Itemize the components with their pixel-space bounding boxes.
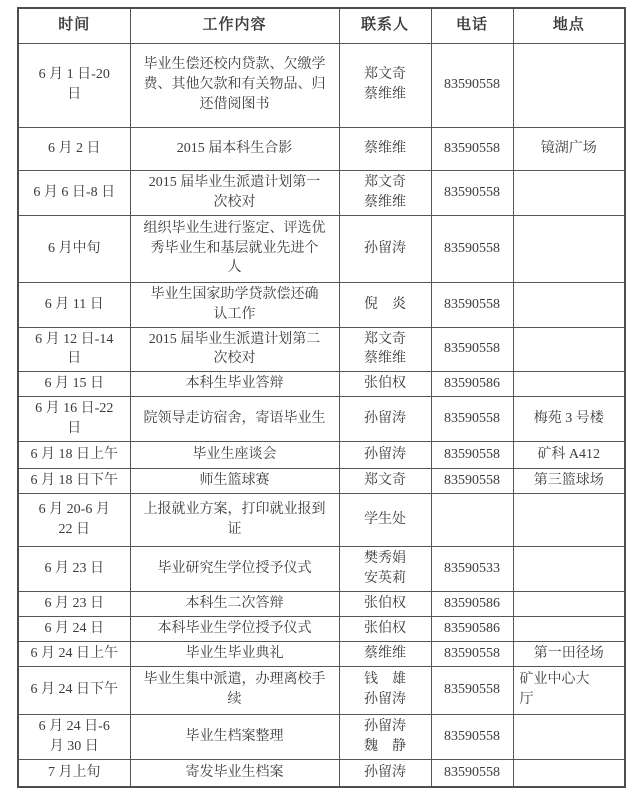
cell-phone: 83590558 [431,714,513,759]
cell-contact: 蔡维维 [339,641,431,666]
cell-location: 矿业中心大 厅 [513,666,625,714]
cell-content: 毕业生座谈会 [130,442,339,469]
cell-contact: 蔡维维 [339,127,431,170]
column-header-time: 时间 [18,8,130,43]
cell-phone: 83590558 [431,759,513,787]
cell-phone: 83590558 [431,43,513,127]
table-row: 6 月 12 日-14 日2015 届毕业生派遣计划第二 次校对郑文奇 蔡维维8… [18,327,625,372]
cell-contact: 倪 炎 [339,282,431,327]
cell-contact: 张伯权 [339,372,431,397]
cell-time: 6 月 24 日上午 [18,641,130,666]
table-row: 6 月 16 日-22 日院领导走访宿舍，寄语毕业生孙留涛83590558梅苑 … [18,397,625,442]
cell-time: 6 月 24 日 [18,616,130,641]
cell-location [513,43,625,127]
cell-contact: 学生处 [339,494,431,547]
cell-phone: 83590558 [431,327,513,372]
cell-phone: 83590558 [431,215,513,282]
table-row: 6 月 24 日上午毕业生毕业典礼蔡维维83590558第一田径场 [18,641,625,666]
cell-location [513,616,625,641]
cell-contact: 郑文奇 [339,469,431,494]
cell-contact: 孙留涛 魏 静 [339,714,431,759]
cell-content: 毕业生档案整理 [130,714,339,759]
cell-phone: 83590558 [431,127,513,170]
cell-time: 6 月 6 日-8 日 [18,170,130,215]
cell-location [513,592,625,617]
cell-phone: 83590586 [431,372,513,397]
table-row: 6 月 6 日-8 日2015 届毕业生派遣计划第一 次校对郑文奇 蔡维维835… [18,170,625,215]
cell-contact: 孙留涛 [339,759,431,787]
cell-time: 6 月 18 日上午 [18,442,130,469]
cell-contact: 孙留涛 [339,442,431,469]
cell-location: 第三篮球场 [513,469,625,494]
table-row: 6 月 24 日-6 月 30 日毕业生档案整理孙留涛 魏 静83590558 [18,714,625,759]
cell-location: 镜湖广场 [513,127,625,170]
cell-content: 毕业生偿还校内贷款、欠缴学 费、其他欠款和有关物品、归 还借阅图书 [130,43,339,127]
cell-time: 6 月 11 日 [18,282,130,327]
table-row: 6 月 18 日下午师生篮球赛郑文奇83590558第三篮球场 [18,469,625,494]
table-row: 6 月 24 日下午毕业生集中派遣，办理离校手 续钱 雄 孙留涛83590558… [18,666,625,714]
cell-contact: 钱 雄 孙留涛 [339,666,431,714]
cell-content: 上报就业方案，打印就业报到 证 [130,494,339,547]
document-page: 时间 工作内容 联系人 电话 地点 6 月 1 日-20 日毕业生偿还校内贷款、… [0,0,640,791]
cell-phone: 83590558 [431,666,513,714]
table-row: 6 月 23 日毕业研究生学位授予仪式樊秀娟 安英莉83590533 [18,547,625,592]
cell-time: 6 月 23 日 [18,547,130,592]
cell-content: 院领导走访宿舍，寄语毕业生 [130,397,339,442]
cell-phone: 83590586 [431,616,513,641]
cell-location [513,759,625,787]
cell-contact: 郑文奇 蔡维维 [339,170,431,215]
cell-content: 本科毕业生学位授予仪式 [130,616,339,641]
table-row: 6 月 18 日上午毕业生座谈会孙留涛83590558矿科 A412 [18,442,625,469]
cell-location [513,215,625,282]
cell-content: 组织毕业生进行鉴定、评选优 秀毕业生和基层就业先进个 人 [130,215,339,282]
cell-content: 寄发毕业生档案 [130,759,339,787]
cell-time: 6 月 15 日 [18,372,130,397]
cell-content: 毕业生毕业典礼 [130,641,339,666]
cell-content: 2015 届本科生合影 [130,127,339,170]
cell-contact: 孙留涛 [339,397,431,442]
cell-contact: 郑文奇 蔡维维 [339,327,431,372]
cell-phone: 83590558 [431,641,513,666]
cell-contact: 孙留涛 [339,215,431,282]
schedule-table: 时间 工作内容 联系人 电话 地点 6 月 1 日-20 日毕业生偿还校内贷款、… [17,7,626,788]
cell-time: 6 月 24 日-6 月 30 日 [18,714,130,759]
cell-location: 矿科 A412 [513,442,625,469]
cell-location [513,494,625,547]
cell-content: 师生篮球赛 [130,469,339,494]
cell-contact: 樊秀娟 安英莉 [339,547,431,592]
cell-location [513,170,625,215]
cell-contact: 郑文奇 蔡维维 [339,43,431,127]
cell-time: 6 月 12 日-14 日 [18,327,130,372]
cell-location [513,547,625,592]
table-row: 6 月 23 日本科生二次答辩张伯权83590586 [18,592,625,617]
cell-content: 毕业研究生学位授予仪式 [130,547,339,592]
cell-phone: 83590558 [431,170,513,215]
cell-phone: 83590558 [431,469,513,494]
cell-content: 本科生二次答辩 [130,592,339,617]
cell-contact: 张伯权 [339,616,431,641]
cell-phone [431,494,513,547]
column-header-location: 地点 [513,8,625,43]
cell-location: 第一田径场 [513,641,625,666]
cell-time: 6 月中旬 [18,215,130,282]
cell-time: 6 月 1 日-20 日 [18,43,130,127]
cell-time: 6 月 2 日 [18,127,130,170]
table-row: 6 月 2 日2015 届本科生合影蔡维维83590558镜湖广场 [18,127,625,170]
cell-content: 毕业生集中派遣，办理离校手 续 [130,666,339,714]
cell-phone: 83590558 [431,442,513,469]
cell-content: 本科生毕业答辩 [130,372,339,397]
cell-location [513,282,625,327]
cell-content: 2015 届毕业生派遣计划第一 次校对 [130,170,339,215]
cell-time: 6 月 20-6 月 22 日 [18,494,130,547]
cell-time: 6 月 16 日-22 日 [18,397,130,442]
table-row: 6 月 24 日本科毕业生学位授予仪式张伯权83590586 [18,616,625,641]
table-row: 6 月 15 日本科生毕业答辩张伯权83590586 [18,372,625,397]
cell-location: 梅苑 3 号楼 [513,397,625,442]
table-body: 6 月 1 日-20 日毕业生偿还校内贷款、欠缴学 费、其他欠款和有关物品、归 … [18,43,625,787]
cell-phone: 83590558 [431,397,513,442]
table-row: 6 月 1 日-20 日毕业生偿还校内贷款、欠缴学 费、其他欠款和有关物品、归 … [18,43,625,127]
table-row: 6 月 20-6 月 22 日上报就业方案，打印就业报到 证学生处 [18,494,625,547]
cell-content: 2015 届毕业生派遣计划第二 次校对 [130,327,339,372]
table-row: 6 月中旬组织毕业生进行鉴定、评选优 秀毕业生和基层就业先进个 人孙留涛8359… [18,215,625,282]
cell-time: 6 月 18 日下午 [18,469,130,494]
cell-content: 毕业生国家助学贷款偿还确 认工作 [130,282,339,327]
cell-location [513,372,625,397]
cell-contact: 张伯权 [339,592,431,617]
table-row: 7 月上旬寄发毕业生档案孙留涛83590558 [18,759,625,787]
header-row: 时间 工作内容 联系人 电话 地点 [18,8,625,43]
table-row: 6 月 11 日毕业生国家助学贷款偿还确 认工作倪 炎83590558 [18,282,625,327]
cell-time: 6 月 24 日下午 [18,666,130,714]
column-header-content: 工作内容 [130,8,339,43]
cell-location [513,327,625,372]
cell-phone: 83590558 [431,282,513,327]
column-header-contact: 联系人 [339,8,431,43]
cell-phone: 83590586 [431,592,513,617]
cell-time: 7 月上旬 [18,759,130,787]
cell-time: 6 月 23 日 [18,592,130,617]
cell-location [513,714,625,759]
cell-phone: 83590533 [431,547,513,592]
column-header-phone: 电话 [431,8,513,43]
